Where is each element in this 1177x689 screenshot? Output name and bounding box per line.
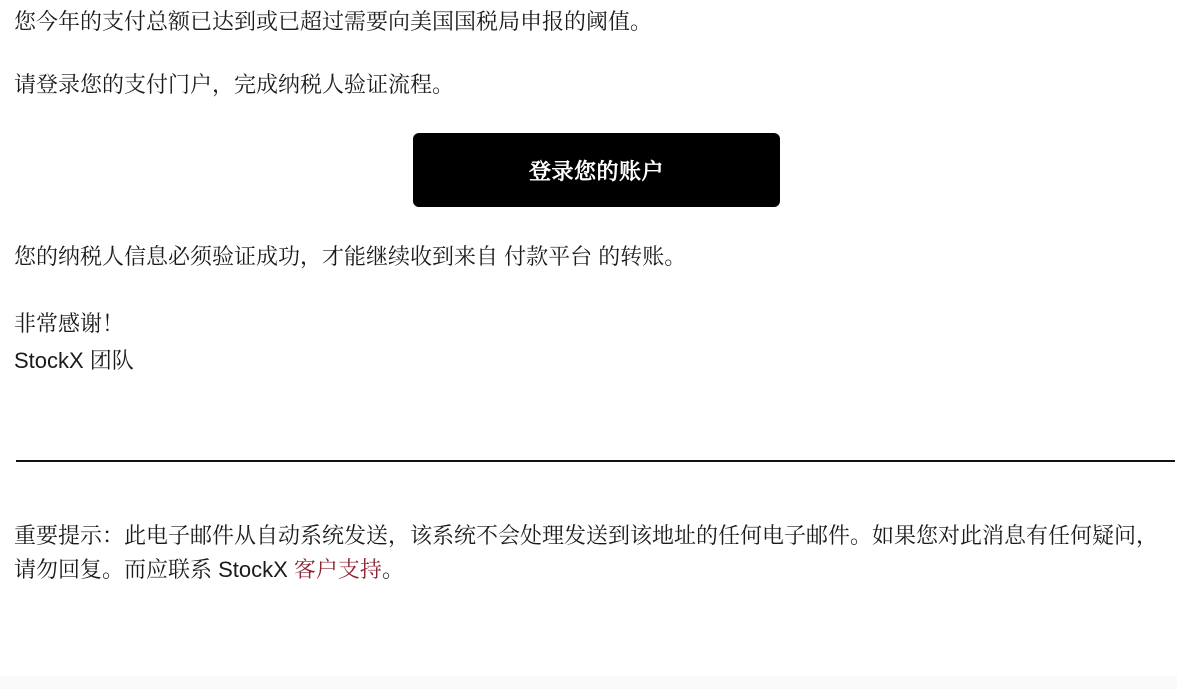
signature-text: StockX 团队 <box>14 342 1163 379</box>
disclaimer-text-before-link: 重要提示：此电子邮件从自动系统发送，该系统不会处理发送到该地址的任何电子邮件。如… <box>14 523 1158 582</box>
footer-disclaimer: 重要提示：此电子邮件从自动系统发送，该系统不会处理发送到该地址的任何电子邮件。如… <box>14 519 1163 587</box>
verification-requirement-text: 您的纳税人信息必须验证成功，才能继续收到来自 付款平台 的转账。 <box>14 240 1163 274</box>
divider <box>16 460 1175 462</box>
signature-block: 非常感谢！ StockX 团队 <box>14 305 1163 379</box>
disclaimer-text-after-link: 。 <box>382 557 404 582</box>
cta-button-row: 登录您的账户 <box>22 133 1171 207</box>
login-instruction-text: 请登录您的支付门户，完成纳税人验证流程。 <box>14 68 1163 102</box>
threshold-notice-text: 您今年的支付总额已达到或已超过需要向美国国税局申报的阈值。 <box>14 5 1163 39</box>
customer-support-link[interactable]: 客户支持 <box>294 557 382 582</box>
email-body: 您今年的支付总额已达到或已超过需要向美国国税局申报的阈值。 请登录您的支付门户，… <box>0 0 1177 587</box>
login-account-button[interactable]: 登录您的账户 <box>413 133 780 207</box>
thanks-text: 非常感谢！ <box>14 305 1163 342</box>
footer-background-strip <box>0 676 1177 689</box>
